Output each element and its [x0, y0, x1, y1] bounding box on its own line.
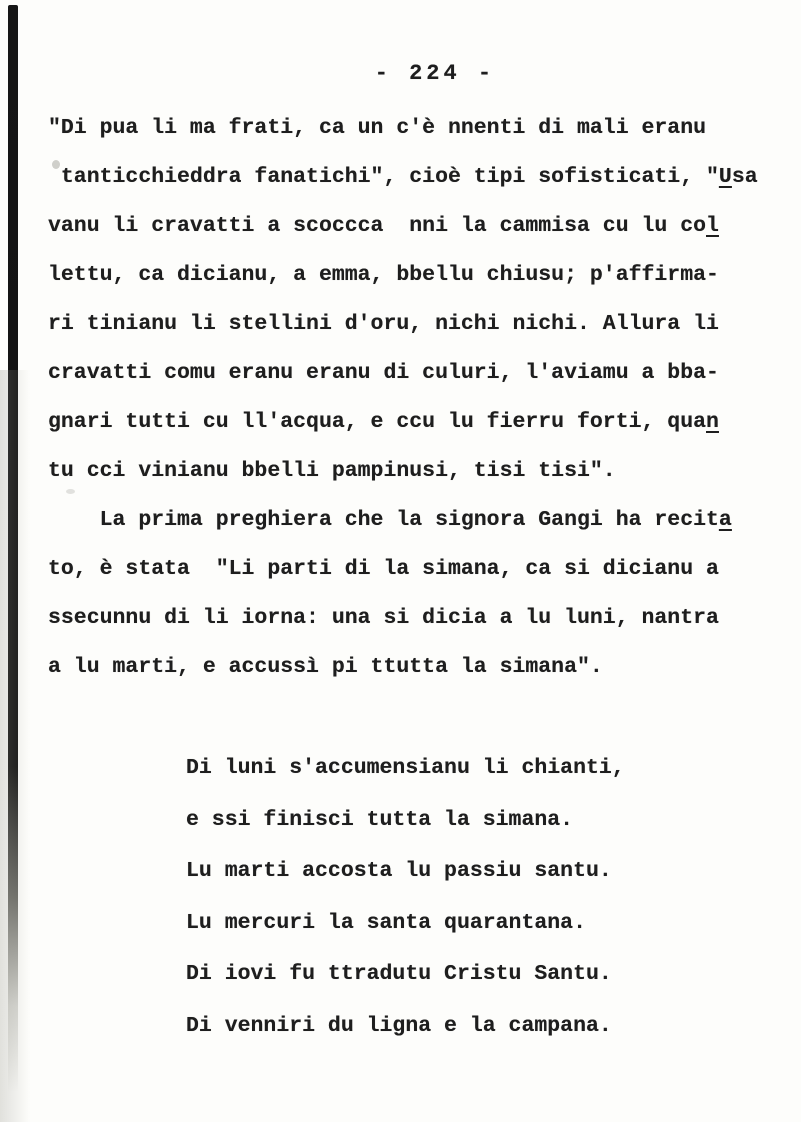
text-segment: tanticchieddra fanatichi", cioè tipi sof…	[48, 165, 719, 189]
text-line: gnari tutti cu ll'acqua, e ccu lu fierru…	[48, 410, 768, 459]
text-line: cravatti comu eranu eranu di culuri, l'a…	[48, 361, 768, 410]
text-segment: ri tinianu li stellini d'oru, nichi nich…	[48, 312, 719, 336]
text-segment: Lu marti accosta lu passiu santu.	[186, 859, 612, 883]
text-segment: Di iovi fu ttradutu Cristu Santu.	[186, 962, 612, 986]
text-segment: lettu, ca dicianu, a emma, bbellu chiusu…	[48, 263, 719, 287]
text-segment: Lu mercuri la santa quarantana.	[186, 911, 586, 935]
continuation-underlined-letter: a	[719, 508, 732, 532]
text-segment: to, è stata "Li parti di la simana, ca s…	[48, 557, 719, 581]
text-segment: gnari tutti cu ll'acqua, e ccu lu fierru…	[48, 410, 706, 434]
text-segment: vanu li cravatti a scoccca nni la cammis…	[48, 214, 706, 238]
text-line: e ssi finisci tutta la simana.	[186, 808, 746, 860]
text-line: "Di pua li ma frati, ca un c'è nnenti di…	[48, 116, 768, 165]
text-line: La prima preghiera che la signora Gangi …	[48, 508, 768, 557]
text-segment: Di venniri du ligna e la campana.	[186, 1014, 612, 1038]
text-segment: "Di pua li ma frati, ca un c'è nnenti di…	[48, 116, 706, 140]
text-line: to, è stata "Li parti di la simana, ca s…	[48, 557, 768, 606]
text-line: Lu marti accosta lu passiu santu.	[186, 859, 746, 911]
text-segment: La prima preghiera che la signora Gangi …	[48, 508, 719, 532]
continuation-underlined-letter: U	[719, 165, 732, 189]
text-segment: sa	[732, 165, 758, 189]
text-line: Di venniri du ligna e la campana.	[186, 1014, 746, 1066]
text-line: ri tinianu li stellini d'oru, nichi nich…	[48, 312, 768, 361]
text-segment: ssecunnu di li iorna: una si dicia a lu …	[48, 606, 719, 630]
text-segment: a lu marti, e accussì pi ttutta la siman…	[48, 655, 603, 679]
text-line: Di iovi fu ttradutu Cristu Santu.	[186, 962, 746, 1014]
page-number-text: - 224 -	[375, 61, 495, 86]
text-segment: cravatti comu eranu eranu di culuri, l'a…	[48, 361, 719, 385]
poem-block: Di luni s'accumensianu li chianti,e ssi …	[186, 756, 746, 1066]
text-line: Di luni s'accumensianu li chianti,	[186, 756, 746, 808]
typewritten-document-page: - 224 - "Di pua li ma frati, ca un c'è n…	[0, 0, 801, 1122]
text-line: a lu marti, e accussì pi ttutta la siman…	[48, 655, 768, 704]
paragraph-1: "Di pua li ma frati, ca un c'è nnenti di…	[48, 116, 768, 508]
text-line: vanu li cravatti a scoccca nni la cammis…	[48, 214, 768, 263]
text-line: lettu, ca dicianu, a emma, bbellu chiusu…	[48, 263, 768, 312]
scan-gutter-shading-artifact	[0, 370, 30, 1122]
text-line: Lu mercuri la santa quarantana.	[186, 911, 746, 963]
text-line: tu cci vinianu bbelli pampinusi, tisi ti…	[48, 459, 768, 508]
text-segment: e ssi finisci tutta la simana.	[186, 808, 573, 832]
continuation-underlined-letter: l	[706, 214, 719, 238]
continuation-underlined-letter: n	[706, 410, 719, 434]
page-number: - 224 -	[0, 36, 801, 111]
body-text: "Di pua li ma frati, ca un c'è nnenti di…	[48, 116, 768, 704]
text-segment: Di luni s'accumensianu li chianti,	[186, 756, 625, 780]
text-segment: tu cci vinianu bbelli pampinusi, tisi ti…	[48, 459, 616, 483]
text-line: ssecunnu di li iorna: una si dicia a lu …	[48, 606, 768, 655]
paragraph-2: La prima preghiera che la signora Gangi …	[48, 508, 768, 704]
text-line: tanticchieddra fanatichi", cioè tipi sof…	[48, 165, 768, 214]
